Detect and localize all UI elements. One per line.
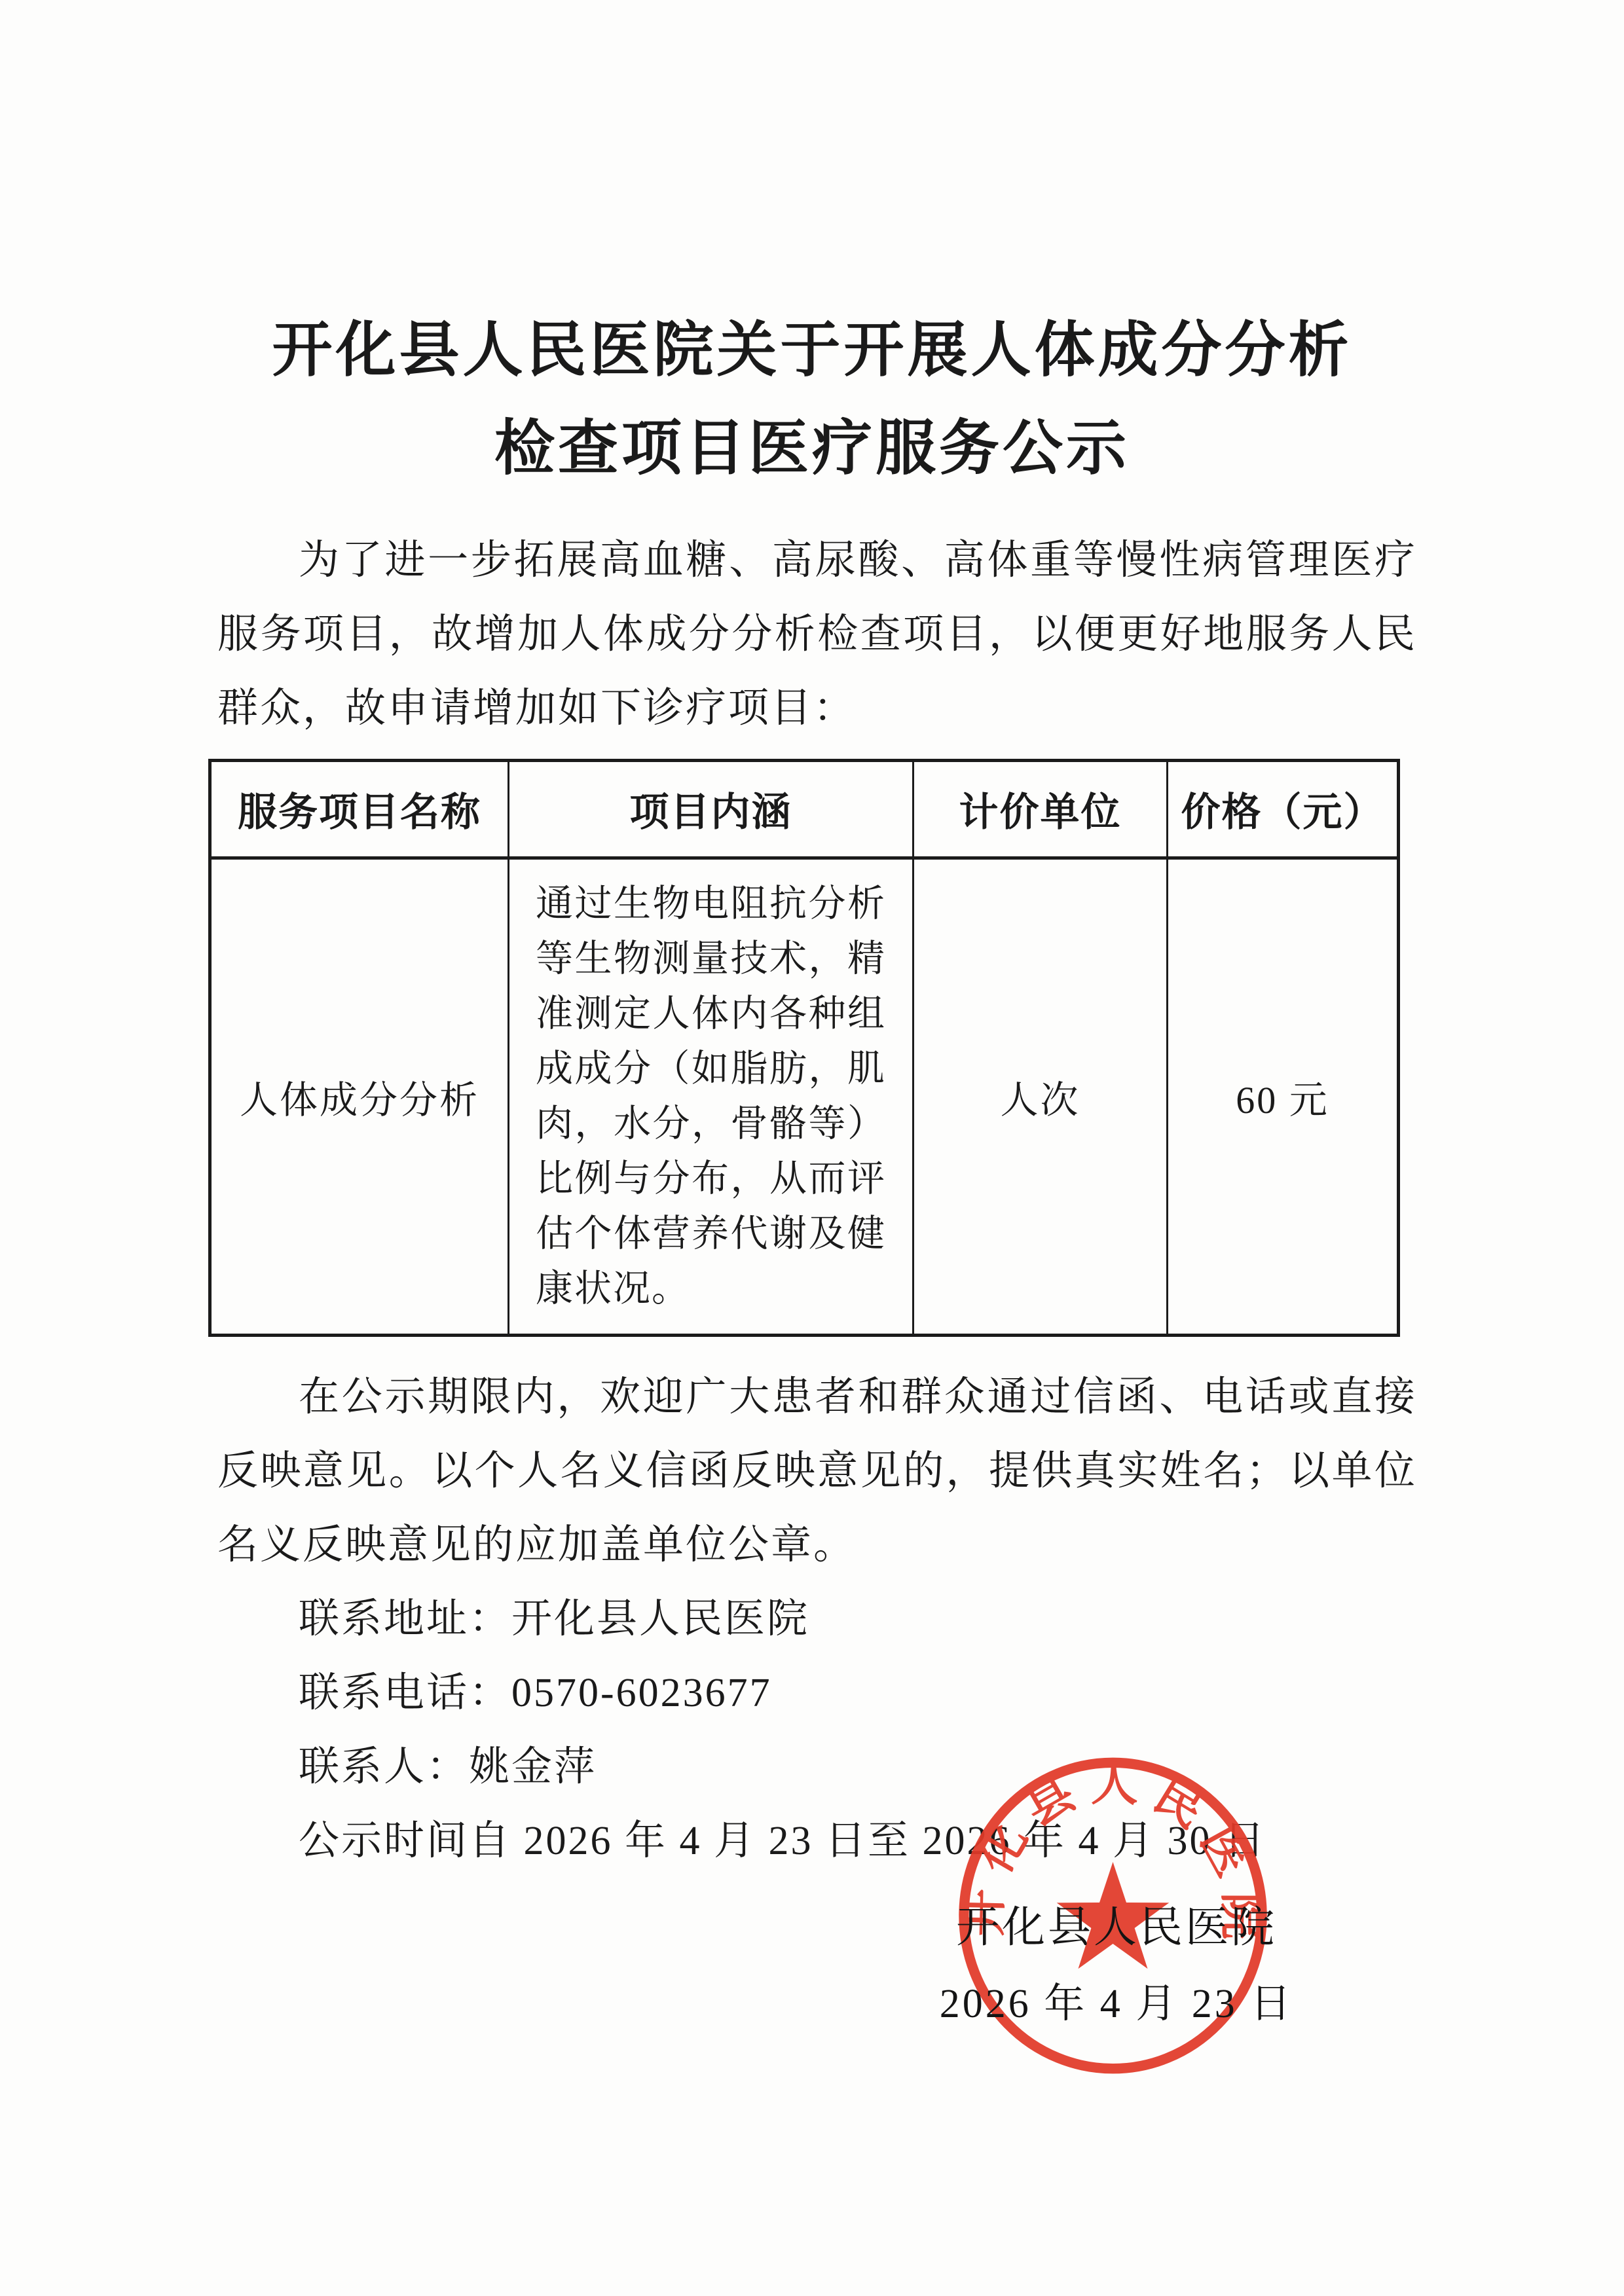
pricing-table: 服务项目名称 项目内涵 计价单位 价格（元） 人体成分分析 通过生物电阻抗分析等…	[208, 759, 1400, 1337]
document-title: 开化县人民医院关于开展人体成分分析 检查项目医疗服务公示	[0, 0, 1624, 498]
cell-unit: 人次	[913, 858, 1168, 1336]
document-title-line-2: 检查项目医疗服务公示	[0, 399, 1624, 498]
cell-service-name: 人体成分分析	[210, 858, 509, 1336]
feedback-paragraph: 在公示期限内，欢迎广大患者和群众通过信函、电话或直接反映意见。以个人名义信函反映…	[217, 1360, 1417, 1582]
column-header-description: 项目内涵	[509, 761, 913, 858]
column-header-unit: 计价单位	[913, 761, 1168, 858]
column-header-price: 价格（元）	[1168, 761, 1399, 858]
signature-hospital-name: 开化县人民医院	[933, 1892, 1300, 1954]
contact-phone-line: 联系电话：0570-6023677	[217, 1656, 1417, 1730]
document-title-line-1: 开化县人民医院关于开展人体成分分析	[0, 301, 1624, 399]
cell-price: 60 元	[1168, 858, 1399, 1336]
notice-page: 开化县人民医院关于开展人体成分分析 检查项目医疗服务公示 为了进一步拓展高血糖、…	[0, 0, 1624, 2296]
signature-date: 2026 年 4 月 23 日	[913, 1971, 1319, 2029]
cell-description: 通过生物电阻抗分析等生物测量技术，精准测定人体内各种组成成分（如脂肪，肌肉，水分…	[509, 858, 913, 1336]
intro-paragraph: 为了进一步拓展高血糖、高尿酸、高体重等慢性病管理医疗服务项目，故增加人体成分分析…	[217, 524, 1417, 746]
table-row: 人体成分分析 通过生物电阻抗分析等生物测量技术，精准测定人体内各种组成成分（如脂…	[210, 858, 1399, 1336]
column-header-service-name: 服务项目名称	[210, 761, 509, 858]
pricing-table-header-row: 服务项目名称 项目内涵 计价单位 价格（元）	[210, 761, 1399, 858]
contact-address-line: 联系地址：开化县人民医院	[217, 1582, 1417, 1656]
